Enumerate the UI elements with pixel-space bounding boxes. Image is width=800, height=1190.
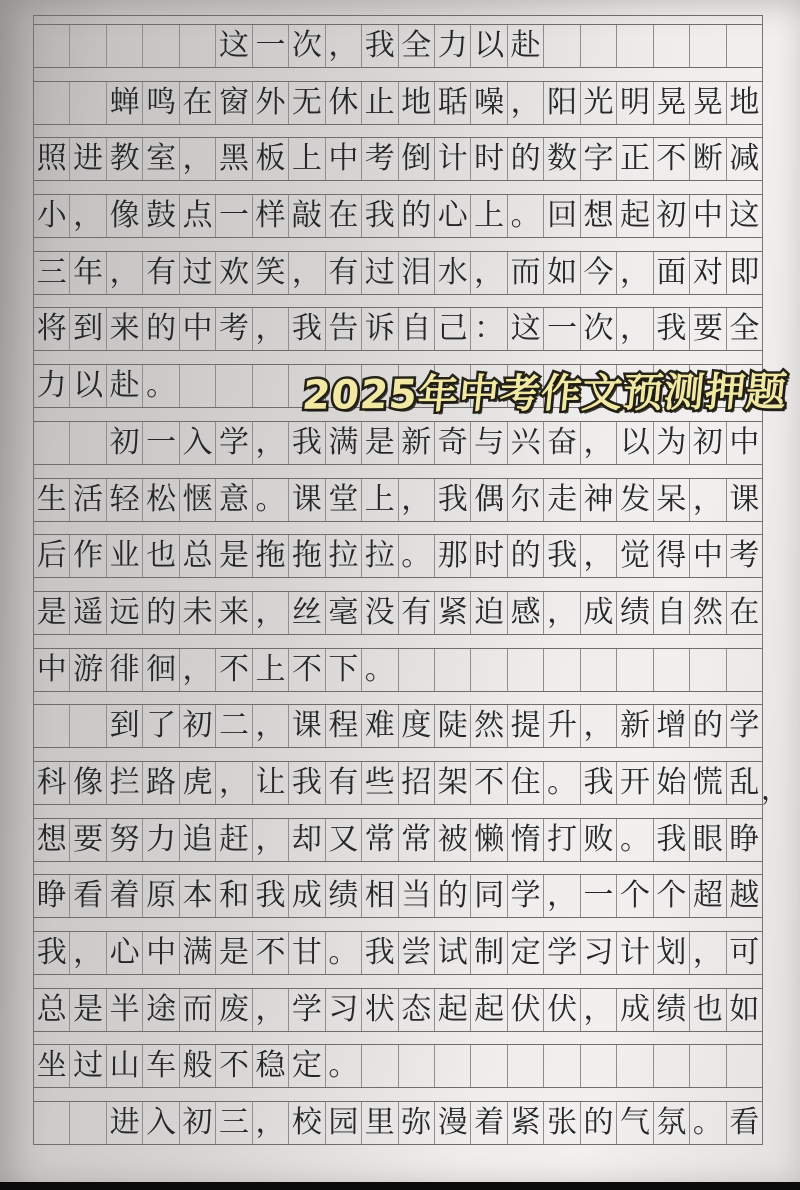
grid-cell: 生 [34, 479, 69, 521]
grid-cell: 三 [215, 1102, 251, 1144]
grid-cell: 里 [361, 1102, 397, 1144]
grid-cell: 赴 [106, 365, 142, 407]
grid-cell: 计 [616, 932, 652, 974]
grid-row: 中游徘徊，不上不下。 [34, 648, 762, 692]
grid-cell: ， [215, 762, 251, 804]
grid-cell: ， [252, 705, 288, 747]
grid-cell: 照 [34, 138, 69, 180]
grid-cell: 一 [543, 308, 579, 350]
grid-cell: 招 [398, 762, 434, 804]
grid-cell: 不 [215, 1045, 251, 1087]
grid-cell: 弥 [398, 1102, 434, 1144]
grid-cell [653, 649, 689, 691]
grid-cell: 拉 [325, 535, 361, 577]
grid-cell: 迫 [470, 592, 506, 634]
grid-cell: 如 [726, 989, 762, 1031]
grid-cell: 自 [398, 308, 434, 350]
grid-cell: 而 [179, 989, 215, 1031]
grid-cell: 这 [215, 25, 251, 67]
grid-row: 照进教室，黑板上中考倒计时的数字正不断减 [34, 137, 762, 181]
grid-cell: 拉 [361, 535, 397, 577]
grid-cell: 了 [142, 705, 178, 747]
grid-row: 小，像鼓点一样敲在我的心上。回想起初中这 [34, 194, 762, 238]
grid-cell: 惬 [179, 479, 215, 521]
grid-cell: 定 [288, 1045, 324, 1087]
grid-cell [653, 25, 689, 67]
grid-cell: 学 [543, 932, 579, 974]
grid-cell: ， [507, 82, 543, 124]
grid-cell: ， [616, 252, 652, 294]
grid-cell: 聒 [434, 82, 470, 124]
grid-cell: 拦 [106, 762, 142, 804]
grid-cell: 成 [288, 875, 324, 917]
grid-row: 蝉鸣在窗外无休止地聒噪，阳光明晃晃地 [34, 81, 762, 125]
grid-cell [69, 1102, 105, 1144]
grid-cell: 漫 [434, 1102, 470, 1144]
grid-cell: 不 [653, 138, 689, 180]
grid-cell: 明 [616, 82, 652, 124]
grid-cell: 进 [69, 138, 105, 180]
grid-cell: 来 [106, 308, 142, 350]
grid-cell: 初 [653, 195, 689, 237]
grid-cell: 得 [653, 535, 689, 577]
grid-row: 是遥远的未来，丝毫没有紧迫感，成绩自然在 [34, 591, 762, 635]
grid-cell: 努 [106, 819, 142, 861]
grid-cell: 些 [361, 762, 397, 804]
grid-cell: 今 [580, 252, 616, 294]
grid-cell: 的 [507, 535, 543, 577]
grid-cell: 。 [507, 195, 543, 237]
grid-cell: 我 [252, 875, 288, 917]
grid-cell: 全 [398, 25, 434, 67]
grid-cell: 是 [215, 535, 251, 577]
grid-cell: 。 [325, 932, 361, 974]
grid-cell: 考 [361, 138, 397, 180]
photo-background: 这一次，我全力以赴 蝉鸣在窗外无休止地聒噪，阳光明晃晃地照进教室，黑板上中考倒计… [0, 0, 800, 1190]
grid-cell: 我 [653, 308, 689, 350]
grid-cell: ， [689, 932, 725, 974]
grid-cell: 被 [434, 819, 470, 861]
grid-cell: 上 [361, 479, 397, 521]
grid-cell: ， [179, 649, 215, 691]
grid-cell: 敲 [288, 195, 324, 237]
grid-cell: 虎 [179, 762, 215, 804]
grid-cell: ， [543, 592, 579, 634]
grid-cell: 不 [252, 932, 288, 974]
grid-row: 想要努力追赶，却又常常被懒惰打败。我眼睁 [34, 818, 762, 862]
grid-cell: 划 [653, 932, 689, 974]
grid-cell: 住 [507, 762, 543, 804]
grid-cell: 中 [689, 535, 725, 577]
grid-cell [580, 1045, 616, 1087]
grid-cell: 山 [106, 1045, 142, 1087]
grid-cell: ， [288, 252, 324, 294]
grid-cell: 我 [288, 422, 324, 464]
grid-cell [215, 365, 251, 407]
grid-cell: 入 [179, 422, 215, 464]
grid-cell: 的 [689, 705, 725, 747]
grid-cell: 在 [179, 82, 215, 124]
grid-cell [726, 649, 762, 691]
grid-cell: 全 [726, 308, 762, 350]
grid-cell: 满 [179, 932, 215, 974]
grid-cell [543, 1045, 579, 1087]
grid-cell [580, 25, 616, 67]
grid-cell: 新 [398, 422, 434, 464]
grid-cell: 学 [507, 875, 543, 917]
grid-cell: 赶 [215, 819, 251, 861]
grid-cell: 为 [653, 422, 689, 464]
grid-cell: 轻 [106, 479, 142, 521]
grid-cell: 心 [434, 195, 470, 237]
grid-cell: 倒 [398, 138, 434, 180]
grid-cell: 泪 [398, 252, 434, 294]
grid-cell: 可 [726, 932, 762, 974]
grid-cell: ， [580, 535, 616, 577]
grid-cell: 一 [252, 25, 288, 67]
grid-cell [34, 82, 69, 124]
grid-cell: 觉 [616, 535, 652, 577]
grid-cell: 习 [325, 989, 361, 1031]
grid-cell: 晃 [653, 82, 689, 124]
grid-cell: 有 [325, 762, 361, 804]
grid-cell: 想 [580, 195, 616, 237]
grid-row: 睁看着原本和我成绩相当的同学，一个个超越 [34, 874, 762, 918]
grid-cell [398, 649, 434, 691]
grid-cell: 般 [179, 1045, 215, 1087]
grid-cell [34, 1102, 69, 1144]
grid-cell: ， [252, 989, 288, 1031]
grid-cell: 课 [288, 705, 324, 747]
grid-cell: 总 [34, 989, 69, 1031]
grid-cell: 园 [325, 1102, 361, 1144]
grid-cell: 而 [507, 252, 543, 294]
grid-cell: 赴 [507, 25, 543, 67]
grid-cell: 开 [616, 762, 652, 804]
grid-cell: ， [252, 592, 288, 634]
grid-cell: 初 [689, 422, 725, 464]
grid-cell: ， [252, 308, 288, 350]
grid-cell [252, 365, 288, 407]
grid-cell: 我 [434, 479, 470, 521]
grid-cell: 下 [325, 649, 361, 691]
grid-cell: 本 [179, 875, 215, 917]
grid-cell: 上 [470, 195, 506, 237]
exam-watermark: 2025年中考作文预测押题 [300, 360, 790, 420]
grid-cell: 程 [325, 705, 361, 747]
grid-cell: 以 [470, 25, 506, 67]
grid-cell [616, 25, 652, 67]
grid-cell: 的 [142, 592, 178, 634]
grid-cell: 室 [142, 138, 178, 180]
grid-top-band [34, 16, 762, 24]
grid-cell: 追 [179, 819, 215, 861]
grid-cell: 架 [434, 762, 470, 804]
grid-cell: ， [69, 195, 105, 237]
grid-cell: 堂 [325, 479, 361, 521]
grid-cell: 样 [252, 195, 288, 237]
grid-cell: 伏 [507, 989, 543, 1031]
grid-cell: ， [398, 479, 434, 521]
grid-cell: 诉 [361, 308, 397, 350]
grid-cell: 回 [543, 195, 579, 237]
grid-cell: 满 [325, 422, 361, 464]
grid-cell [434, 649, 470, 691]
grid-cell: 在 [726, 592, 762, 634]
grid-cell: 增 [653, 705, 689, 747]
grid-cell: 是 [361, 422, 397, 464]
grid-cell: ， [543, 875, 579, 917]
grid-cell: 。 [252, 479, 288, 521]
grid-cell: 成 [580, 592, 616, 634]
grid-cell [34, 25, 69, 67]
grid-cell: 车 [142, 1045, 178, 1087]
grid-cell: 三 [34, 252, 69, 294]
grid-cell: 我 [653, 819, 689, 861]
grid-row: 进入初三，校园里弥漫着紧张的气氛。看 [34, 1101, 762, 1145]
grid-cell: 地 [726, 82, 762, 124]
grid-cell: 远 [106, 592, 142, 634]
grid-cell: 中 [34, 649, 69, 691]
grid-cell: 在 [325, 195, 361, 237]
grid-cell: 窗 [215, 82, 251, 124]
grid-cell: 尔 [507, 479, 543, 521]
grid-cell: 初 [106, 422, 142, 464]
grid-cell: 睁 [726, 819, 762, 861]
grid-cell: 毫 [325, 592, 361, 634]
grid-cell: 兴 [507, 422, 543, 464]
grid-cell: 数 [543, 138, 579, 180]
grid-cell: 中 [689, 195, 725, 237]
grid-cell: 超 [689, 875, 725, 917]
grid-cell: 以 [616, 422, 652, 464]
grid-cell: 发 [616, 479, 652, 521]
grid-cell: 。 [325, 1045, 361, 1087]
grid-row: 到了初二，课程难度陡然提升，新增的学 [34, 704, 762, 748]
grid-cell: 。 [689, 1102, 725, 1144]
grid-cell: 着 [470, 1102, 506, 1144]
grid-cell [507, 1045, 543, 1087]
composition-grid: 这一次，我全力以赴 蝉鸣在窗外无休止地聒噪，阳光明晃晃地照进教室，黑板上中考倒计… [33, 15, 763, 1145]
grid-cell: 蝉 [106, 82, 142, 124]
grid-cell [179, 365, 215, 407]
grid-cell: ， [689, 479, 725, 521]
grid-cell: 紧 [507, 1102, 543, 1144]
grid-cell: 让 [252, 762, 288, 804]
grid-cell: 业 [106, 535, 142, 577]
grid-cell: 正 [616, 138, 652, 180]
grid-cell: 考 [215, 308, 251, 350]
grid-cell: 打 [543, 819, 579, 861]
grid-cell: 提 [507, 705, 543, 747]
grid-cell: 无 [288, 82, 324, 124]
grid-cell: ， [69, 932, 105, 974]
grid-cell: 陡 [434, 705, 470, 747]
grid-cell: 次 [580, 308, 616, 350]
grid-cell: 中 [325, 138, 361, 180]
grid-cell [69, 705, 105, 747]
grid-cell: ， [252, 422, 288, 464]
grid-cell [361, 1045, 397, 1087]
grid-cell: 过 [179, 252, 215, 294]
grid-cell: 科 [34, 762, 69, 804]
grid-cell: 初 [179, 705, 215, 747]
grid-cell: 和 [215, 875, 251, 917]
grid-cell: 氛 [653, 1102, 689, 1144]
grid-cell: 校 [288, 1102, 324, 1144]
grid-row: 坐过山车般不稳定。 [34, 1044, 762, 1088]
grid-cell: 活 [69, 479, 105, 521]
overflow-punctuation: ， [761, 768, 789, 808]
grid-cell: 乱 [726, 762, 762, 804]
grid-cell: 中 [142, 932, 178, 974]
grid-cell [470, 649, 506, 691]
grid-row: 我，心中满是不甘。我尝试制定学习计划，可 [34, 931, 762, 975]
grid-cell: 到 [69, 308, 105, 350]
grid-cell: 拖 [252, 535, 288, 577]
grid-cell: 徘 [106, 649, 142, 691]
grid-cell: 对 [689, 252, 725, 294]
grid-cell: 我 [543, 535, 579, 577]
grid-cell: 即 [726, 252, 762, 294]
grid-cell: 心 [106, 932, 142, 974]
grid-cell: 要 [69, 819, 105, 861]
grid-cell: 定 [507, 932, 543, 974]
grid-cell: ， [106, 252, 142, 294]
grid-cell: 紧 [434, 592, 470, 634]
grid-cell: 。 [142, 365, 178, 407]
grid-cell: 力 [34, 365, 69, 407]
grid-cell: 时 [470, 535, 506, 577]
grid-cell: 坐 [34, 1045, 69, 1087]
grid-cell: 减 [726, 138, 762, 180]
grid-cell: 中 [726, 422, 762, 464]
grid-cell: 慌 [689, 762, 725, 804]
grid-cell: 点 [179, 195, 215, 237]
grid-cell: 光 [580, 82, 616, 124]
grid-cell: 起 [434, 989, 470, 1031]
grid-cell: 上 [252, 649, 288, 691]
grid-cell: 时 [470, 138, 506, 180]
grid-cell [580, 649, 616, 691]
grid-cell: 个 [616, 875, 652, 917]
grid-cell: 我 [288, 762, 324, 804]
grid-cell: 己 [434, 308, 470, 350]
grid-cell: 字 [580, 138, 616, 180]
grid-cell: ， [580, 422, 616, 464]
grid-cell: 有 [142, 252, 178, 294]
grid-cell: 试 [434, 932, 470, 974]
grid-cell [69, 82, 105, 124]
grid-cell: 计 [434, 138, 470, 180]
grid-cell: 游 [69, 649, 105, 691]
grid-cell: 外 [252, 82, 288, 124]
grid-cell: 是 [215, 932, 251, 974]
grid-cell [726, 1045, 762, 1087]
grid-cell: 如 [543, 252, 579, 294]
grid-cell: 这 [726, 195, 762, 237]
grid-cell: 面 [653, 252, 689, 294]
grid-cell: 越 [726, 875, 762, 917]
grid-cell: 懒 [470, 819, 506, 861]
grid-cell: 路 [142, 762, 178, 804]
grid-cell: 看 [726, 1102, 762, 1144]
grid-cell: 成 [616, 989, 652, 1031]
grid-cell: 是 [69, 989, 105, 1031]
grid-cell: 阳 [543, 82, 579, 124]
grid-cell: 想 [34, 819, 69, 861]
grid-cell: 然 [689, 592, 725, 634]
grid-cell: 。 [543, 762, 579, 804]
grid-cell: 课 [288, 479, 324, 521]
grid-cell: 二 [215, 705, 251, 747]
grid-cell: 不 [215, 649, 251, 691]
grid-cell [689, 649, 725, 691]
grid-cell: 要 [689, 308, 725, 350]
grid-cell: 课 [726, 479, 762, 521]
grid-cell: 废 [215, 989, 251, 1031]
grid-cell: 一 [215, 195, 251, 237]
grid-cell: 这 [507, 308, 543, 350]
grid-cell: ， [580, 705, 616, 747]
grid-cell: 过 [69, 1045, 105, 1087]
grid-cell: 丝 [288, 592, 324, 634]
grid-cell: 进 [106, 1102, 142, 1144]
grid-cell: 绩 [653, 989, 689, 1031]
grid-cell: 考 [726, 535, 762, 577]
grid-cell: 未 [179, 592, 215, 634]
grid-cell: 制 [470, 932, 506, 974]
grid-cell: 却 [288, 819, 324, 861]
grid-cell: 原 [142, 875, 178, 917]
grid-cell: ， [616, 308, 652, 350]
grid-cell: 总 [179, 535, 215, 577]
grid-cell: 来 [215, 592, 251, 634]
grid-cell: 像 [106, 195, 142, 237]
grid-cell: 松 [142, 479, 178, 521]
grid-row: 这一次，我全力以赴 [34, 24, 762, 68]
grid-cell: 绩 [616, 592, 652, 634]
grid-cell: 偶 [470, 479, 506, 521]
grid-cell [543, 649, 579, 691]
grid-cell: 水 [434, 252, 470, 294]
grid-cell: 地 [398, 82, 434, 124]
grid-cell: 睁 [34, 875, 69, 917]
grid-cell: 也 [689, 989, 725, 1031]
grid-cell: 的 [142, 308, 178, 350]
grid-cell: ： [470, 308, 506, 350]
grid-row: 后作业也总是拖拖拉拉。那时的我，觉得中考 [34, 534, 762, 578]
grid-cell: 伏 [543, 989, 579, 1031]
grid-cell: 笑 [252, 252, 288, 294]
grid-cell [726, 25, 762, 67]
grid-cell: 不 [470, 762, 506, 804]
grid-cell: 休 [325, 82, 361, 124]
grid-cell: 惰 [507, 819, 543, 861]
grid-cell: 个 [653, 875, 689, 917]
grid-cell: 稳 [252, 1045, 288, 1087]
grid-cell: 年 [69, 252, 105, 294]
grid-row: 科像拦路虎，让我有些招架不住。我开始慌乱， [34, 761, 762, 805]
grid-cell: 看 [69, 875, 105, 917]
grid-cell: 是 [34, 592, 69, 634]
grid-cell: 晃 [689, 82, 725, 124]
grid-cell: 遥 [69, 592, 105, 634]
grid-cell [616, 1045, 652, 1087]
grid-cell: 教 [106, 138, 142, 180]
grid-cell: 作 [69, 535, 105, 577]
grid-cell: 到 [106, 705, 142, 747]
